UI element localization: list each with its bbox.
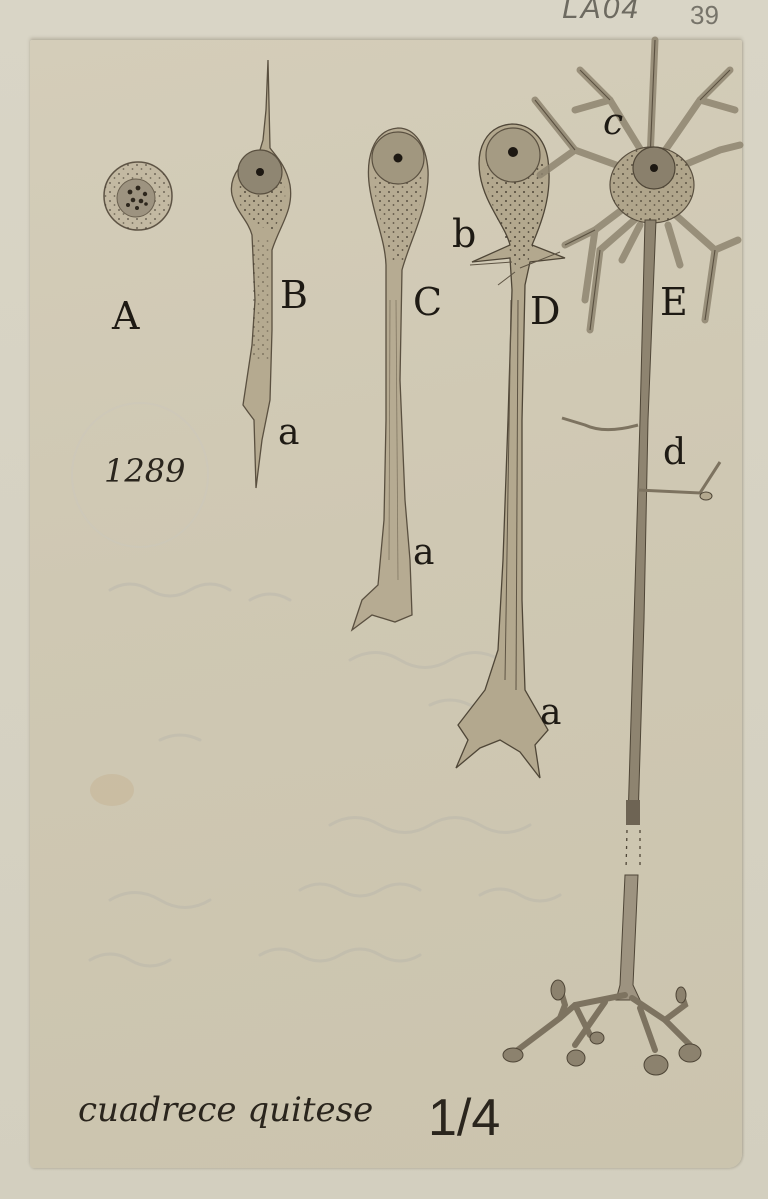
figure-d-branch-label: b [452,215,476,253]
figure-d-label: D [530,292,560,330]
figure-b-axon-label: a [278,415,299,451]
figure-e-label: E [660,283,688,321]
figure-e-collateral-label: d [663,435,686,471]
figure-b-label: B [280,276,308,314]
neuron-drawings [0,0,768,1199]
figure-a-cell [104,162,172,230]
figure-a-label: A [112,297,139,335]
figure-c-label: C [413,283,442,321]
figure-e-dendrite-label: c [603,105,623,141]
figure-d-axon-label: a [540,695,561,731]
caption-instruction: cuadrece quitese [78,1090,373,1130]
caption-scale: 1/4 [428,1088,500,1148]
figure-c-axon-label: a [413,535,434,571]
specimen-number: 1289 [104,452,185,490]
